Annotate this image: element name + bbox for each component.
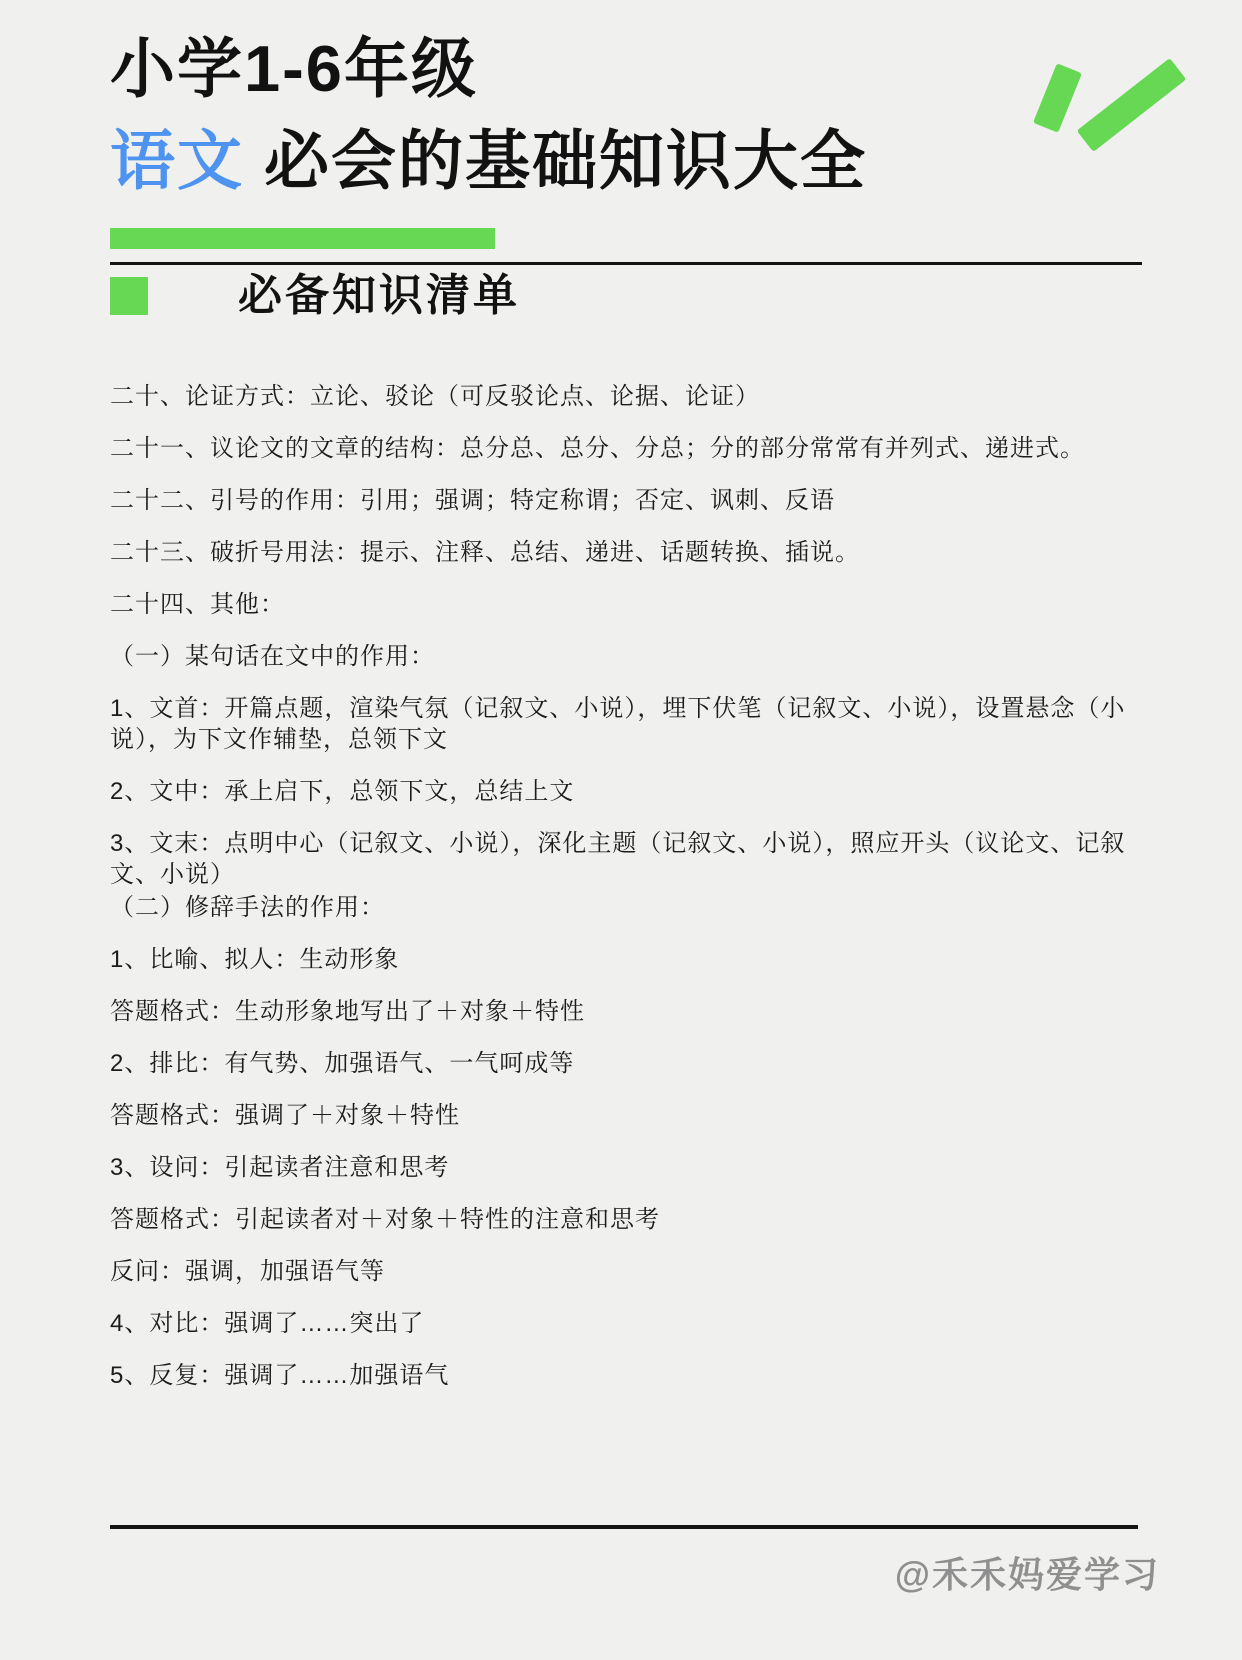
list-item: 二十二、引号的作用：引用；强调；特定称谓；否定、讽刺、反语: [110, 485, 1142, 516]
list-item: （一）某句话在文中的作用：: [110, 641, 1142, 672]
list-item: 反问：强调，加强语气等: [110, 1256, 1142, 1287]
section-heading: 必备知识清单: [238, 274, 520, 318]
content-area: 小学1-6年级 语文必会的基础知识大全 必备知识清单 二十、论证方式：立论、驳论…: [110, 0, 1142, 1412]
list-item: 5、反复：强调了……加强语气: [110, 1360, 1142, 1391]
list-item: 二十一、议论文的文章的结构：总分总、总分、分总；分的部分常常有并列式、递进式。: [110, 433, 1142, 464]
subject-highlight: 语文: [110, 124, 244, 197]
page-title-line1: 小学1-6年级: [110, 36, 1142, 101]
list-item: 1、比喻、拟人：生动形象: [110, 944, 1142, 975]
knowledge-list: 二十、论证方式：立论、驳论（可反驳论点、论据、论证） 二十一、议论文的文章的结构…: [110, 381, 1142, 1391]
list-item: 二十三、破折号用法：提示、注释、总结、递进、话题转换、插说。: [110, 537, 1142, 568]
header-divider-rule: [110, 262, 1142, 265]
watermark: @禾禾妈爱学习: [110, 1547, 1160, 1598]
page-title-line2: 语文必会的基础知识大全: [110, 128, 1142, 193]
list-item: 3、设问：引起读者注意和思考: [110, 1152, 1142, 1183]
list-item: 2、排比：有气势、加强语气、一气呵成等: [110, 1048, 1142, 1079]
list-item: 答题格式：强调了＋对象＋特性: [110, 1100, 1142, 1131]
list-item: 答题格式：生动形象地写出了＋对象＋特性: [110, 996, 1142, 1027]
page: 小学1-6年级 语文必会的基础知识大全 必备知识清单 二十、论证方式：立论、驳论…: [0, 0, 1242, 1660]
list-item: 二十、论证方式：立论、驳论（可反驳论点、论据、论证）: [110, 381, 1142, 412]
title-underline-bar: [110, 228, 495, 249]
page-title-line2-rest: 必会的基础知识大全: [264, 124, 867, 197]
list-item: 二十四、其他：: [110, 589, 1142, 620]
section-bullet-square: [110, 277, 148, 315]
list-item: 2、文中：承上启下，总领下文，总结上文: [110, 776, 1142, 807]
footer: @禾禾妈爱学习: [110, 1525, 1160, 1598]
list-item: 1、文首：开篇点题，渲染气氛（记叙文、小说），埋下伏笔（记叙文、小说），设置悬念…: [110, 693, 1142, 755]
list-item: （二）修辞手法的作用：: [110, 892, 1142, 923]
list-item: 3、文末：点明中心（记叙文、小说），深化主题（记叙文、小说），照应开头（议论文、…: [110, 828, 1142, 890]
section-header: 必备知识清单: [110, 274, 1142, 318]
footer-divider-rule: [110, 1525, 1138, 1529]
list-item: 答题格式：引起读者对＋对象＋特性的注意和思考: [110, 1204, 1142, 1235]
list-item: 4、对比：强调了……突出了: [110, 1308, 1142, 1339]
